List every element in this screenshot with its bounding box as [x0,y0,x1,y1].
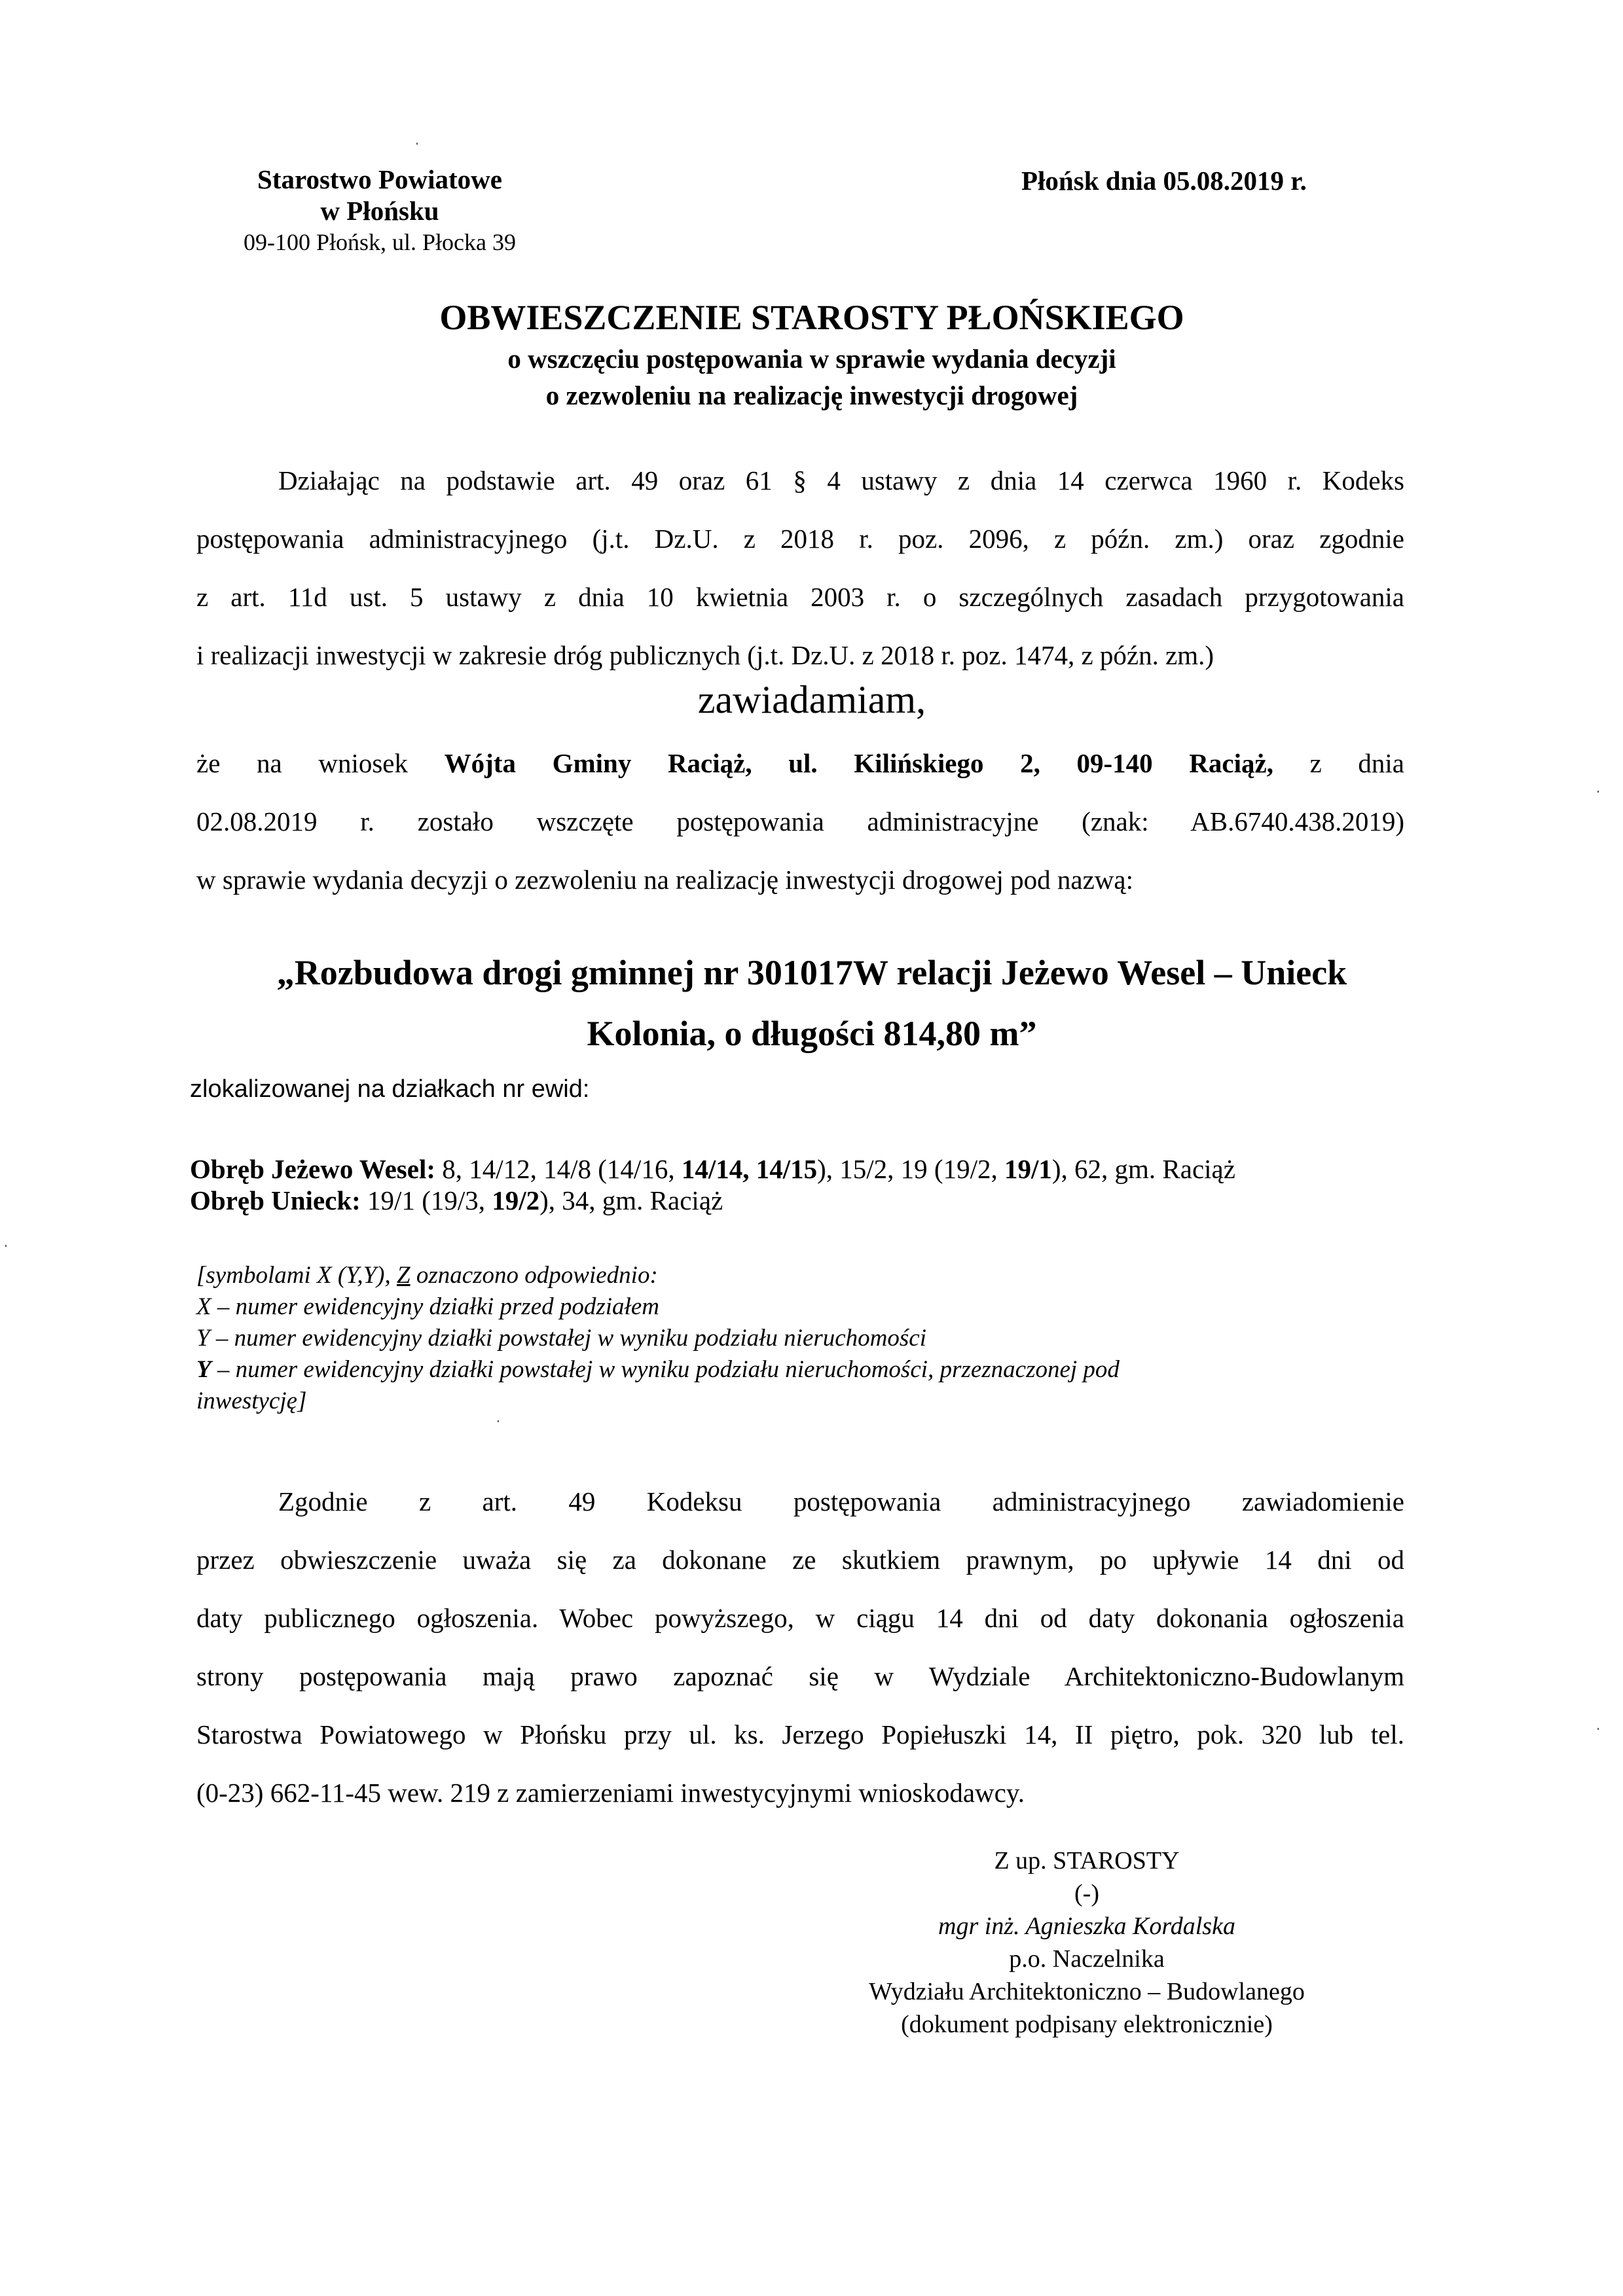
project-name-line2: Kolonia, o długości 814,80 m” [196,1003,1427,1064]
legend-intro-suffix: oznaczono odpowiednio: [410,1262,658,1289]
parcels-precinct-jezewo-wesel: Obręb Jeżewo Wesel: 8, 14/12, 14/8 (14/1… [190,1153,1235,1185]
signature-block: Z up. STAROSTY (-) mgr inż. Agnieszka Ko… [805,1844,1368,2041]
legend-intro: [symbolami X (Y,Y), Z oznaczono odpowied… [196,1260,1309,1291]
parcel-numbers-investment: 14/14, 14/15 [682,1154,817,1184]
signatory-department: Wydziału Architektoniczno – Budowlanego [805,1975,1368,2008]
parcel-numbers-investment: 19/2 [492,1185,539,1215]
legend-y-bold: Y – numer ewidencyjny działki powstałej … [196,1354,1309,1386]
initiation-line3: w sprawie wydania decyzji o zezwoleniu n… [196,851,1404,909]
sender-name-line1: Starostwo Powiatowe [196,164,563,195]
parcels-list: Obręb Jeżewo Wesel: 8, 14/12, 14/8 (14/1… [190,1153,1235,1216]
legend-y: Y – numer ewidencyjny działki powstałej … [196,1323,1309,1354]
symbols-legend: [symbolami X (Y,Y), Z oznaczono odpowied… [196,1260,1309,1417]
document-date: Płońsk dnia 05.08.2019 r. [1021,165,1307,196]
scan-speck [498,1420,499,1422]
legend-x: X – numer ewidencyjny działki przed podz… [196,1291,1309,1323]
scan-speck [1597,791,1599,793]
scan-speck [5,1245,7,1247]
parcel-numbers: ), 15/2, 19 (19/2, [817,1154,1004,1184]
document-title: OBWIESZCZENIE STAROSTY PŁOŃSKIEGO [196,295,1427,340]
sender-address: 09-100 Płońsk, ul. Płocka 39 [196,226,563,258]
project-name: „Rozbudowa drogi gminnej nr 301017W rela… [196,942,1427,1064]
initiation-suffix: z dnia [1273,748,1404,778]
notice-line: daty publicznego ogłoszenia. Wobec powyż… [196,1589,1404,1647]
notice-line: (0-23) 662-11-45 wew. 219 z zamierzeniam… [196,1764,1404,1822]
parcels-precinct-unieck: Obręb Unieck: 19/1 (19/3, 19/2), 34, gm.… [190,1185,1235,1216]
notice-line: Zgodnie z art. 49 Kodeksu postępowania a… [196,1473,1404,1531]
parcel-numbers: ), 34, gm. Raciąż [539,1185,723,1215]
signature-authority: Z up. STAROSTY [805,1844,1368,1877]
sender-name-line2: w Płońsku [196,195,563,226]
initiation-paragraph: że na wniosek Wójta Gminy Raciąż, ul. Ki… [196,734,1404,909]
legal-basis-line: z art. 11d ust. 5 ustawy z dnia 10 kwiet… [196,568,1404,626]
signatory-role: p.o. Naczelnika [805,1943,1368,1975]
notice-line: przez obwieszczenie uważa się za dokonan… [196,1531,1404,1589]
document-subtitle-line1: o wszczęciu postępowania w sprawie wydan… [196,340,1427,377]
parcel-numbers: 19/1 (19/3, [361,1185,492,1215]
legal-basis-paragraph: Działając na podstawie art. 49 oraz 61 §… [196,452,1404,685]
project-name-line1: „Rozbudowa drogi gminnej nr 301017W rela… [196,942,1427,1003]
sender-block: Starostwo Powiatowe w Płońsku 09-100 Pło… [196,164,563,258]
notice-line: strony postępowania mają prawo zapoznać … [196,1647,1404,1706]
applicant: Wójta Gminy Raciąż, ul. Kilińskiego 2, 0… [445,748,1273,778]
signatory-name: mgr inż. Agnieszka Kordalska [805,1910,1368,1943]
notice-info-paragraph: Zgodnie z art. 49 Kodeksu postępowania a… [196,1473,1404,1822]
notice-line: Starostwa Powiatowego w Płońsku przy ul.… [196,1706,1404,1764]
legend-intro-prefix: [symbolami X (Y,Y), [196,1262,397,1289]
legend-end: inwestycję] [196,1386,1309,1417]
legend-z-symbol: Z [397,1262,410,1289]
legal-basis-line: i realizacji inwestycji w zakresie dróg … [196,626,1404,685]
parcel-numbers-investment: 19/1 [1004,1154,1052,1184]
initiation-prefix: że na wniosek [196,748,445,778]
legend-y-bold-symbol: Y [196,1356,211,1383]
scan-speck [1597,1728,1599,1730]
initiation-line2: 02.08.2019 r. zostało wszczęte postępowa… [196,793,1404,851]
precinct-label: Obręb Unieck: [190,1185,361,1215]
parcel-numbers: 8, 14/12, 14/8 (14/16, [435,1154,682,1184]
document-subtitle-line2: o zezwoleniu na realizację inwestycji dr… [196,377,1427,414]
legend-y-bold-text: – numer ewidencyjny działki powstałej w … [211,1356,1120,1383]
location-label: zlokalizowanej na działkach nr ewid: [190,1075,589,1103]
legal-basis-line: postępowania administracyjnego (j.t. Dz.… [196,510,1404,568]
document-title-block: OBWIESZCZENIE STAROSTY PŁOŃSKIEGO o wszc… [196,295,1427,414]
legal-basis-line: Działając na podstawie art. 49 oraz 61 §… [196,452,1404,510]
signature-note: (dokument podpisany elektronicznie) [805,2008,1368,2041]
precinct-label: Obręb Jeżewo Wesel: [190,1154,435,1184]
parcel-numbers: ), 62, gm. Raciąż [1052,1154,1235,1184]
initiation-line1: że na wniosek Wójta Gminy Raciąż, ul. Ki… [196,734,1404,793]
notification-heading: zawiadamiam, [196,677,1427,723]
signature-mark: (-) [805,1877,1368,1910]
scan-speck [416,143,418,145]
